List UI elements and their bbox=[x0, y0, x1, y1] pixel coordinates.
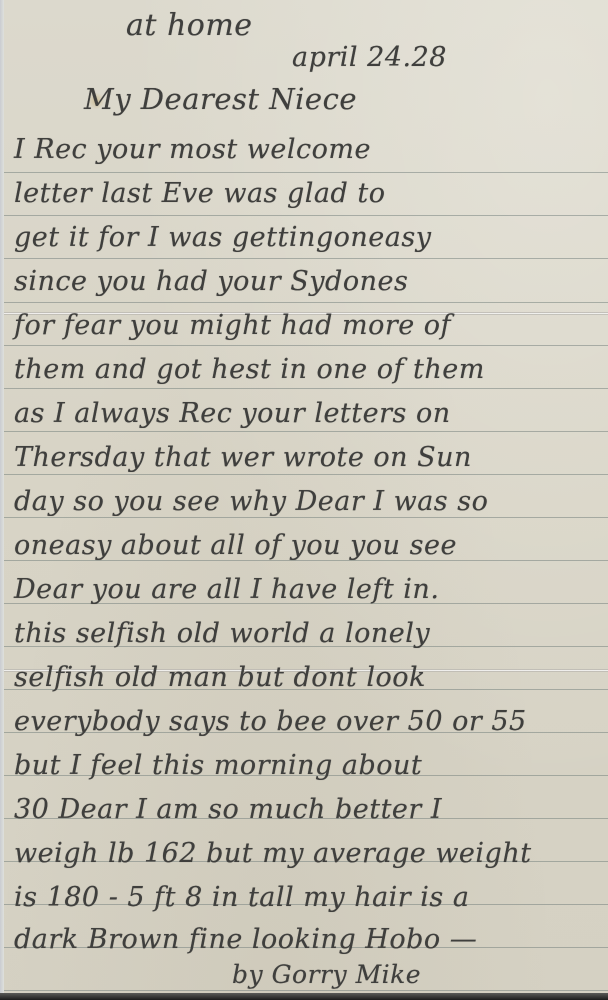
body-line-6: them and got hest in one of them bbox=[14, 354, 485, 385]
letter-date: april 24.28 bbox=[292, 42, 447, 73]
letter-salutation: My Dearest Niece bbox=[84, 82, 357, 116]
ruled-line bbox=[4, 517, 608, 518]
body-line-1: I Rec your most welcome bbox=[14, 134, 371, 165]
body-line-18: is 180 - 5 ft 8 in tall my hair is a bbox=[14, 882, 469, 913]
body-line-15: but I feel this morning about bbox=[14, 750, 422, 781]
ruled-line bbox=[4, 215, 608, 216]
body-line-13: selfish old man but dont look bbox=[14, 662, 426, 693]
paper-bottom-edge bbox=[0, 993, 608, 1000]
letter-signature: by Gorry Mike bbox=[232, 960, 421, 989]
letter-heading: at home bbox=[126, 8, 253, 43]
body-line-10: oneasy about all of you you see bbox=[14, 530, 457, 561]
body-line-3: get it for I was gettingoneasy bbox=[14, 222, 432, 253]
body-line-4: since you had your Sydones bbox=[14, 266, 408, 297]
body-line-5: for fear you might had more of bbox=[14, 310, 451, 341]
ruled-line bbox=[4, 345, 608, 346]
ruled-line bbox=[4, 431, 608, 432]
body-line-8: Thersday that wer wrote on Sun bbox=[14, 442, 472, 473]
body-line-9: day so you see why Dear I was so bbox=[14, 486, 488, 517]
body-line-7: as I always Rec your letters on bbox=[14, 398, 451, 429]
body-line-12: this selfish old world a lonely bbox=[14, 618, 430, 649]
body-line-19: dark Brown fine looking Hobo — bbox=[14, 924, 477, 955]
ruled-line bbox=[4, 302, 608, 303]
ruled-line bbox=[4, 388, 608, 389]
letter-page: at home april 24.28 My Dearest Niece I R… bbox=[4, 0, 608, 993]
ruled-line bbox=[4, 990, 608, 991]
body-line-11: Dear you are all I have left in. bbox=[14, 574, 439, 605]
ruled-line bbox=[4, 474, 608, 475]
body-line-2: letter last Eve was glad to bbox=[14, 178, 385, 209]
body-line-16: 30 Dear I am so much better I bbox=[14, 794, 442, 825]
ruled-line bbox=[4, 172, 608, 173]
body-line-14: everybody says to bee over 50 or 55 bbox=[14, 706, 527, 737]
ruled-line bbox=[4, 258, 608, 259]
body-line-17: weigh lb 162 but my average weight bbox=[14, 838, 532, 869]
